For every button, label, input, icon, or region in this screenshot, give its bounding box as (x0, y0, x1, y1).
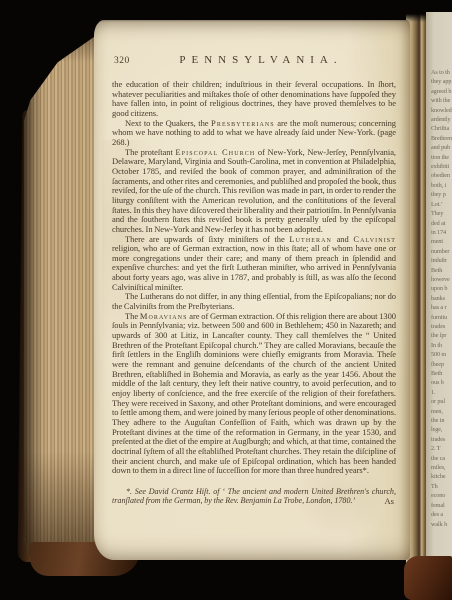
facing-page-line: induſtr (431, 256, 452, 265)
facing-page-line: Chriſtia (431, 124, 452, 133)
facing-page-line: trades (431, 322, 452, 331)
facing-page-line: miles, (431, 463, 452, 472)
text-segment: *. See David Crantz Hiſt. of ‘ The ancie… (112, 487, 396, 506)
body-text: the education of their children; induſtr… (112, 80, 396, 476)
book-page: 320 PENNSYLVANIA. the education of their… (94, 20, 410, 560)
facing-page-line: both, i (431, 181, 452, 190)
facing-page-line: ous b (431, 378, 452, 387)
facing-page-line: or pul (431, 397, 452, 406)
facing-page-line: They (431, 209, 452, 218)
facing-page-line: Beth (431, 369, 452, 378)
facing-page-line: the ſpr (431, 331, 452, 340)
facing-page-line: walk h (431, 520, 452, 529)
facing-page-line: Beth (431, 266, 452, 275)
text-segment: religion, who are of German extraction, … (112, 243, 396, 292)
stacked-page-edges (24, 30, 104, 570)
facing-page-line: tion the (431, 153, 452, 162)
facing-page-line: with the (431, 96, 452, 105)
facing-page-sliver: As to ththey appagreed bwith theknowledg… (426, 12, 452, 572)
facing-page-line: Th (431, 482, 452, 491)
text-segment: and (332, 234, 353, 244)
facing-page-line: 1. (431, 388, 452, 397)
facing-page-line: des a (431, 510, 452, 519)
text-segment: There are upwards of ſixty miniſters of … (125, 234, 289, 244)
top-shadow (94, 12, 426, 22)
facing-page-line: banks (431, 294, 452, 303)
page-number: 320 (114, 56, 130, 66)
facing-page-line: In th (431, 341, 452, 350)
text-segment: Presbyterians (211, 118, 275, 128)
paragraph: Next to the Quakers, the Presbyterians a… (112, 119, 396, 148)
footnote-text: *. See David Crantz Hiſt. of ‘ The ancie… (112, 487, 396, 506)
photo-of-open-book: { "book": { "page_number": "320", "runni… (0, 0, 452, 600)
facing-page-line: 500 m (431, 350, 452, 359)
facing-page-line: number (431, 247, 452, 256)
facing-page-text: As to ththey appagreed bwith theknowledg… (426, 12, 452, 529)
facing-page-line: men, (431, 407, 452, 416)
text-segment: Moravians (140, 311, 188, 321)
facing-page-line: trades (431, 435, 452, 444)
paragraph: There are upwards of ſixty miniſters of … (112, 235, 396, 293)
facing-page-line: lege, (431, 425, 452, 434)
text-segment: Calvinist (353, 234, 396, 244)
facing-page-line: Brethren (431, 134, 452, 143)
facing-page-line: ded at (431, 219, 452, 228)
facing-page-line: the ca (431, 454, 452, 463)
paragraph: the education of their children; induſtr… (112, 80, 396, 119)
facing-page-line: agreed b (431, 87, 452, 96)
facing-page-line: knowledg (431, 106, 452, 115)
facing-page-line: As to th (431, 68, 452, 77)
running-title: PENNSYLVANIA. (112, 54, 396, 66)
paragraph: The proteſtant Episcopal Church of New-Y… (112, 148, 396, 235)
facing-page-line: kitche (431, 472, 452, 481)
facing-page-line: in 174 (431, 228, 452, 237)
facing-page-line: obedien (431, 171, 452, 180)
page-content: 320 PENNSYLVANIA. the education of their… (112, 54, 396, 506)
text-segment: The proteſtant (125, 147, 175, 157)
facing-page-line: ment (431, 237, 452, 246)
paragraph: The Lutherans do not differ, in any thin… (112, 292, 396, 311)
facing-page-line: econo (431, 491, 452, 500)
facing-page-line: femal (431, 501, 452, 510)
facing-page-line: Lot.’ (431, 200, 452, 209)
text-segment: Next to the Quakers, the (125, 118, 211, 128)
page-header: 320 PENNSYLVANIA. (112, 54, 396, 70)
facing-page-line: the in (431, 416, 452, 425)
facing-page-line: ardently (431, 115, 452, 124)
facing-page-line: furnitu (431, 313, 452, 322)
text-segment: the education of their children; induſtr… (112, 79, 396, 118)
facing-page-line: they app (431, 77, 452, 86)
facing-page-line: 2. T (431, 444, 452, 453)
text-segment: Lutheran (289, 234, 332, 244)
facing-page-line: and pub (431, 143, 452, 152)
text-segment: of New-York, New-Jerſey, Pennſylvania, D… (112, 147, 396, 234)
facing-page-line: ſheep (431, 360, 452, 369)
text-segment: are of German extraction. Of this religi… (112, 311, 396, 476)
facing-page-line: howeve (431, 275, 452, 284)
text-segment: The (125, 311, 140, 321)
facing-page-line: they p (431, 190, 452, 199)
text-segment: The Lutherans do not differ, in any thin… (112, 291, 396, 311)
leather-corner-bottom-right (404, 556, 452, 600)
facing-page-line: upon b (431, 284, 452, 293)
facing-page-line: has a r (431, 303, 452, 312)
paragraph: The Moravians are of German extraction. … (112, 312, 396, 476)
facing-page-line: exhibiti (431, 162, 452, 171)
text-segment: Episcopal Church (175, 147, 255, 157)
